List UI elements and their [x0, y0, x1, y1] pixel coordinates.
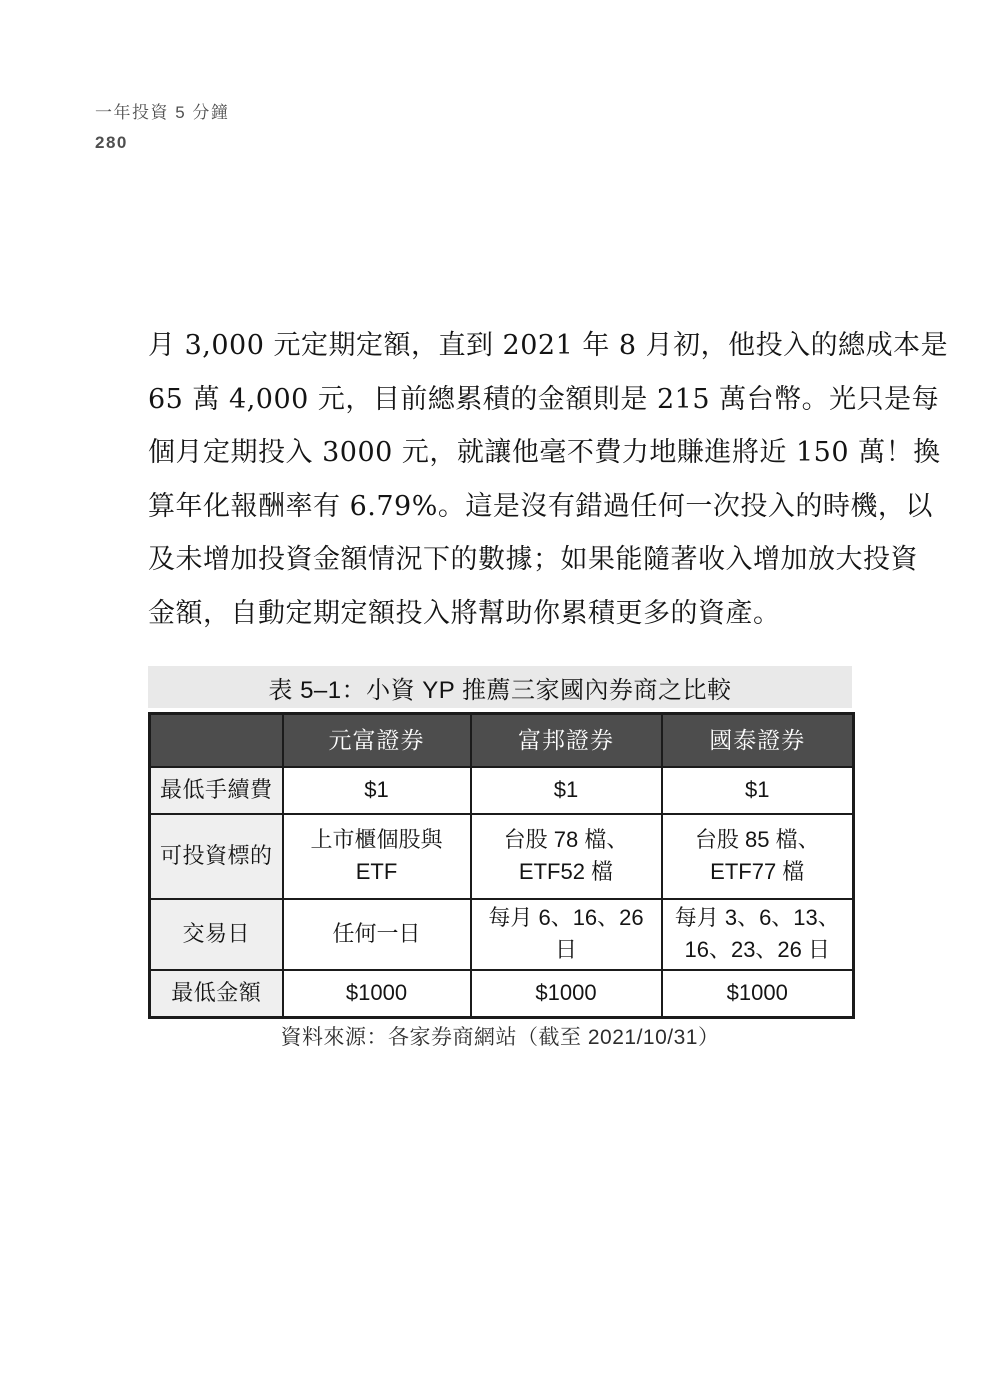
row-label: 交易日: [150, 899, 283, 970]
row-label: 最低手續費: [150, 767, 283, 814]
cell-value: 每月 6、16、26 日: [471, 899, 662, 970]
cell-value: 每月 3、6、13、 16、23、26 日: [662, 899, 854, 970]
header-cell-broker-fubon: 富邦證券: [471, 714, 662, 767]
page-header: 一年投資 5 分鐘 280: [95, 98, 229, 153]
table-title: 表 5–1：小資 YP 推薦三家國內券商之比較: [148, 666, 852, 708]
cell-value: $1: [471, 767, 662, 814]
broker-comparison-table: 元富證券 富邦證券 國泰證券 最低手續費 $1 $1 $1 可投資標的 上市櫃個…: [148, 712, 855, 1019]
page-number: 280: [95, 133, 229, 153]
paragraph-line: 個月定期投入 3000 元，就讓他毫不費力地賺進將近 150 萬！換: [148, 426, 862, 480]
cell-value: $1000: [283, 970, 471, 1018]
cell-value: $1000: [471, 970, 662, 1018]
cell-value: $1: [283, 767, 471, 814]
cell-value: 上市櫃個股與 ETF: [283, 814, 471, 899]
header-cell-blank: [150, 714, 283, 767]
row-label: 最低金額: [150, 970, 283, 1018]
table-header-row: 元富證券 富邦證券 國泰證券: [150, 714, 854, 767]
paragraph-line: 及未增加投資金額情況下的數據；如果能隨著收入增加放大投資: [148, 533, 862, 587]
paragraph-line: 月 3,000 元定期定額，直到 2021 年 8 月初，他投入的總成本是: [148, 319, 862, 373]
running-head-book-title: 一年投資 5 分鐘: [95, 98, 229, 123]
cell-value: $1: [662, 767, 854, 814]
header-cell-broker-yuanfu: 元富證券: [283, 714, 471, 767]
cell-value: $1000: [662, 970, 854, 1018]
source-note: 資料來源：各家券商網站（截至 2021/10/31）: [148, 1021, 852, 1051]
table-row-min-amount: 最低金額 $1000 $1000 $1000: [150, 970, 854, 1018]
paragraph-line: 算年化報酬率有 6.79%。這是沒有錯過任何一次投入的時機，以: [148, 480, 862, 534]
cell-value: 台股 78 檔、 ETF52 檔: [471, 814, 662, 899]
header-cell-broker-cathay: 國泰證券: [662, 714, 854, 767]
cell-value: 台股 85 檔、 ETF77 檔: [662, 814, 854, 899]
paragraph-line: 金額，自動定期定額投入將幫助你累積更多的資產。: [148, 587, 862, 641]
body-paragraph: 月 3,000 元定期定額，直到 2021 年 8 月初，他投入的總成本是 65…: [148, 319, 862, 640]
cell-value: 任何一日: [283, 899, 471, 970]
row-label: 可投資標的: [150, 814, 283, 899]
table-row-trade-days: 交易日 任何一日 每月 6、16、26 日 每月 3、6、13、 16、23、2…: [150, 899, 854, 970]
table-row-min-fee: 最低手續費 $1 $1 $1: [150, 767, 854, 814]
paragraph-line: 65 萬 4,000 元，目前總累積的金額則是 215 萬台幣。光只是每: [148, 373, 862, 427]
table-row-investables: 可投資標的 上市櫃個股與 ETF 台股 78 檔、 ETF52 檔 台股 85 …: [150, 814, 854, 899]
